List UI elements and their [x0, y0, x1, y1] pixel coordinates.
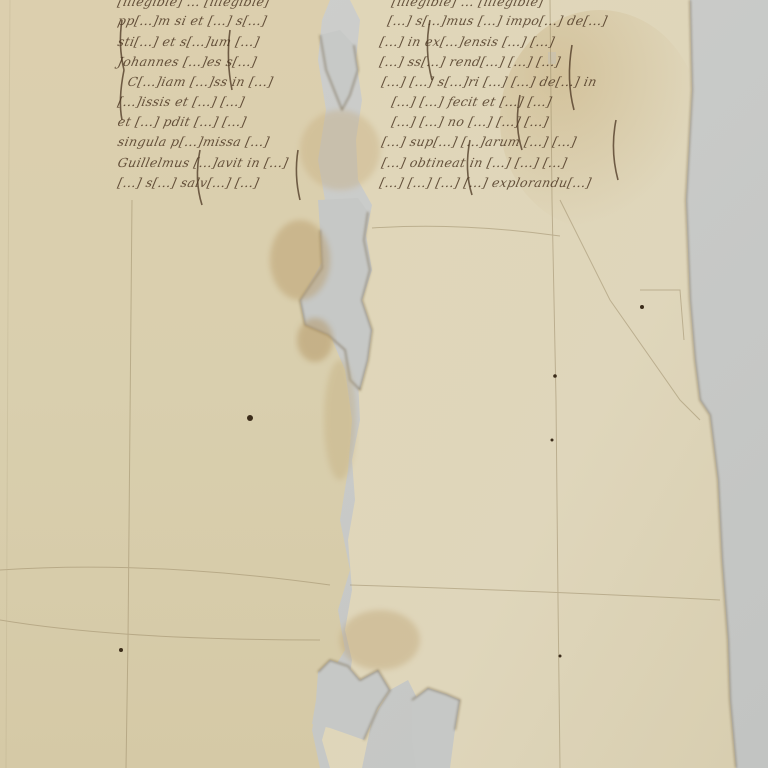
sheet-left-half — [0, 0, 352, 768]
parchment-illustration — [0, 0, 768, 768]
stain — [340, 610, 420, 670]
manuscript-photo: [illegible] ... [illegible] [illegible] … — [0, 0, 768, 768]
stain — [324, 360, 356, 480]
stain — [300, 110, 380, 190]
stain — [500, 10, 700, 230]
stain — [297, 318, 333, 362]
stain — [270, 220, 330, 300]
